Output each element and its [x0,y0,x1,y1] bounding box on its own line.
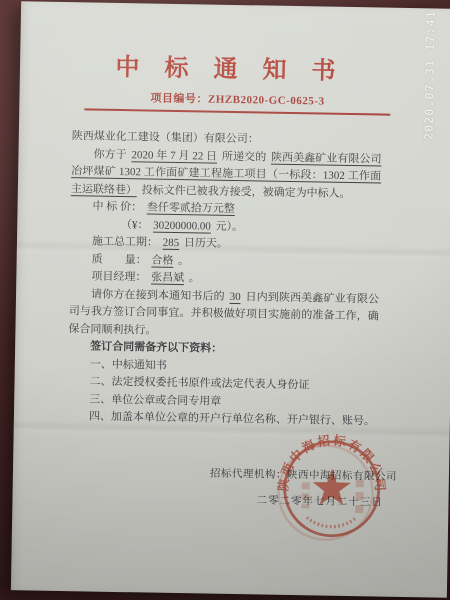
currency-prefix: （¥： [121,219,151,232]
manager-label: 项目经理： [91,271,149,284]
manager-suffix: 。 [186,272,200,284]
bid-price-words: 叁仟零贰拾万元整 [145,201,237,215]
duration-label: 施工总工期： [92,236,161,249]
stamp-star-icon [312,468,351,505]
project-number-label: 项目编号： [150,93,208,106]
award-text: 投标文件已被我方接受，被确定为中标人。 [139,184,351,200]
duration-unit: 日历天。 [181,237,228,250]
bid-price-amount: 30200000.00 [151,219,213,232]
document-title: 中标通知书 [20,45,450,88]
project-number-line: 项目编号：ZHZB2020-GC-0625-3 [84,88,390,115]
manager-name: 张昌斌 [149,272,186,285]
agency-seal-stamp: 陕西中海招标有限公司 [269,426,395,552]
document-body: 陕西煤业化工建设（集团）有限公司： 你方于 2020 年 7 月 22 日 所递… [67,128,382,431]
project-number-value: ZHZB2020-GC-0625-3 [208,94,325,108]
notice-days: 30 [228,290,243,302]
award-text: 你方于 [93,148,129,161]
notice-text: 请你方在接到本通知书后的 [91,288,228,302]
currency-suffix: 元）。 [213,220,243,233]
quality-suffix: 。 [175,254,189,266]
duration-value: 285 [161,237,182,249]
submission-date: 2020 年 7 月 22 日 [129,149,219,163]
stamp-serial-marks [307,517,356,527]
document-page: 中标通知书 项目编号：ZHZB2020-GC-0625-3 陕西煤业化工建设（集… [11,1,450,598]
quality-value: 合格 [149,254,175,266]
bid-price-label: 中 标 价： [92,201,144,214]
award-paragraph: 你方于 2020 年 7 月 22 日 所递交的 陕西美鑫矿业有限公司冶坪煤矿 … [71,146,382,204]
stamp-smudge [359,479,360,513]
award-text: 所递交的 [219,150,269,163]
notice-paragraph: 请你方在接到本通知书后的 30 日内到陕西美鑫矿业有限公司与我方签订合同事宜。并… [68,286,379,344]
camera-timestamp-watermark: 2020.07.31 17:41 [422,0,438,150]
quality-label: 质 量： [92,253,150,266]
